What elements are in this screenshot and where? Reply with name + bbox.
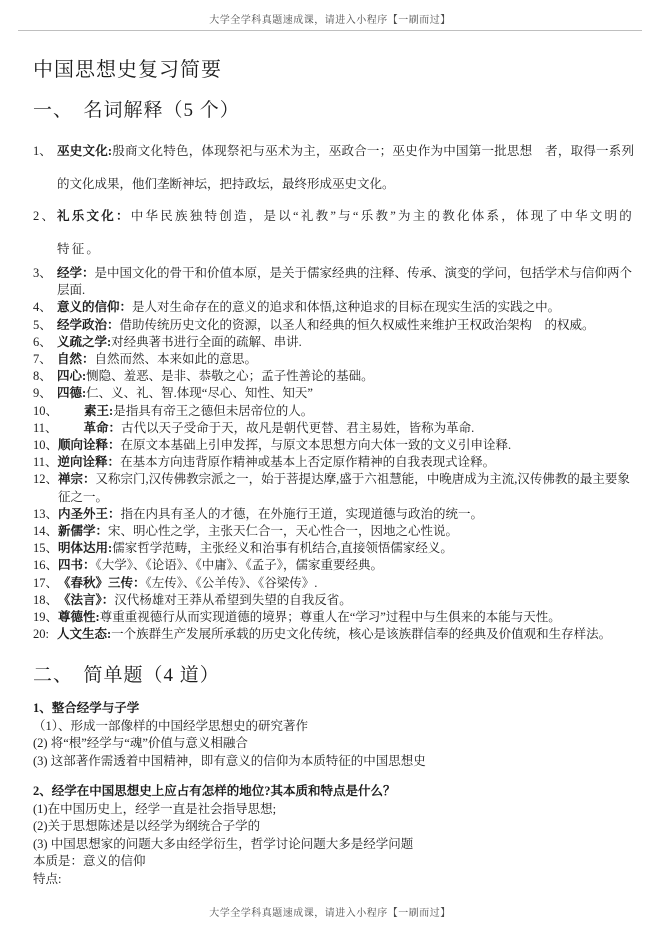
question-line: 本质是：意义的信仰 (33, 853, 634, 871)
definition-item: 16、 四书：《大学》、《论语》、《中庸》、《孟子》，儒家重要经典。 (33, 557, 634, 574)
question-line: （1）、形成一部像样的中国经学思想史的研究著作 (33, 718, 634, 736)
definition-item: 6、 义疏之学:对经典著书进行全面的疏解、串讲. (33, 334, 634, 351)
question-title: 1、整合经学与子学 (33, 700, 634, 718)
item-text: 恻隐、羞恶、是非、恭敬之心；孟子性善论的基础。 (86, 369, 374, 383)
section2: 二、 简单题（4 道） 1、整合经学与子学 （1）、形成一部像样的中国经学思想史… (33, 660, 634, 888)
item-term: 新儒学： (58, 524, 108, 538)
item-text: 指在内具有圣人的才德，在外施行王道，实现道德与政治的统一。 (121, 507, 484, 521)
item-text: 殷商文化特色，体现祭祀与巫术为主，巫政合一；巫史作为中国第一批思想 者，取得一系… (57, 144, 634, 191)
item-term: 逆向诠释： (58, 455, 121, 469)
definition-item: 4、 意义的信仰：是人对生命存在的意义的追求和体悟,这种追求的目标在现实生活的实… (33, 299, 634, 316)
item-number: 20: (33, 626, 57, 643)
item-term: 素王: (84, 404, 113, 418)
question-block: 2、经学在中国思想史上应占有怎样的地位?其本质和特点是什么？ (1)在中国历史上… (33, 783, 634, 888)
definition-item: 11、 逆向诠释：在基本方向违背原作精神或基本上否定原作精神的自我表现式诠释。 (33, 454, 634, 471)
question-block: 1、整合经学与子学 （1）、形成一部像样的中国经学思想史的研究著作 (2) 将“… (33, 700, 634, 770)
item-number: 7、 (33, 351, 57, 368)
item-number: 10、 (33, 403, 58, 420)
item-text: 一个族群生产发展所承载的历史文化传统，核心是该族群信奉的经典及价值观和生存样法。 (111, 627, 611, 641)
item-term: 礼乐文化： (57, 209, 131, 223)
definition-item: 11、 革命：古代以天子受命于天，故凡是朝代更替、君主易姓，皆称为革命. (33, 420, 634, 437)
definition-item: 12、 禅宗：又称宗门,汉传佛教宗派之一，始于菩提达摩,盛于六祖慧能，中晚唐成为… (33, 471, 634, 505)
item-number: 16、 (33, 557, 58, 574)
definition-item: 14、 新儒学：宋、明心性之学，主张天仁合一，天心性合一，因地之心性说。 (33, 523, 634, 540)
question-line: (3) 中国思想家的问题大多由经学衍生，哲学讨论问题大多是经学问题 (33, 836, 634, 854)
item-text: 是人对生命存在的意义的追求和体悟,这种追求的目标在现实生活的实践之中。 (132, 300, 560, 314)
item-text: 是指具有帝王之德但未居帝位的人。 (113, 404, 313, 418)
item-term: 尊德性: (58, 610, 100, 624)
item-number: 15、 (33, 540, 58, 557)
definition-item: 19、 尊德性:尊重重视德行从而实现道德的境界；尊重人在“学习”过程中与生俱来的… (33, 609, 634, 626)
definition-item: 17、 《春秋》三传：《左传》、《公羊传》、《谷梁传》. (33, 575, 634, 592)
definition-item: 13、 内圣外王：指在内具有圣人的才德，在外施行王道，实现道德与政治的统一。 (33, 506, 634, 523)
item-term: 明体达用: (58, 541, 112, 555)
item-number: 1、 (33, 135, 57, 200)
definition-item: 10、 顺向诠释：在原文本基础上引申发挥，与原文本思想方向大体一致的文义引申诠释… (33, 437, 634, 454)
definition-list: 1、 巫史文化:殷商文化特色，体现祭祀与巫术为主，巫政合一；巫史作为中国第一批思… (33, 135, 634, 643)
item-number: 14、 (33, 523, 58, 540)
item-number: 13、 (33, 506, 58, 523)
item-text: 在基本方向违背原作精神或基本上否定原作精神的自我表现式诠释。 (120, 455, 495, 469)
item-text: 中华民族独特创造，是以“礼教”与“乐教”为主的教化体系，体现了中华文明的特征。 (57, 209, 634, 256)
document-page: 大学全学科真题速成课，请进入小程序【一刷而过】 中国思想史复习简要 一、 名词解… (0, 0, 660, 934)
item-text: 《大学》、《论语》、《中庸》、《孟子》，儒家重要经典。 (96, 558, 384, 572)
item-number: 3、 (33, 265, 57, 299)
item-number: 4、 (33, 299, 57, 316)
item-term: 四书： (58, 558, 96, 572)
item-term: 《法言》： (58, 593, 114, 607)
item-number: 11、 (33, 420, 58, 437)
item-text: 对经典著书进行全面的疏解、串讲. (111, 335, 302, 349)
item-number: 19、 (33, 609, 58, 626)
item-term: 禅宗： (58, 472, 96, 486)
item-number: 9、 (33, 385, 57, 402)
definition-item: 15、 明体达用:儒家哲学范畴，主张经义和治事有机结合,直接领悟儒家经义。 (33, 540, 634, 557)
question-line: 特点: (33, 871, 634, 889)
definition-item: 2、 礼乐文化：中华民族独特创造，是以“礼教”与“乐教”为主的教化体系，体现了中… (33, 200, 634, 265)
item-term: 经学： (57, 266, 95, 280)
question-line: (2) 将“根”经学与“魂”价值与意义相融合 (33, 735, 634, 753)
header-note: 大学全学科真题速成课，请进入小程序【一刷而过】 (0, 0, 660, 26)
item-number: 18、 (33, 592, 58, 609)
item-text: 自然而然、本来如此的意思。 (95, 352, 258, 366)
item-text: 仁、义、礼、智.体现“尽心、知性、知天” (86, 386, 313, 400)
item-text: 又称宗门,汉传佛教宗派之一，始于菩提达摩,盛于六祖慧能，中晚唐成为主流,汉传佛教… (58, 472, 630, 503)
item-term: 顺向诠释： (58, 438, 121, 452)
item-term: 《春秋》三传： (58, 576, 146, 590)
item-text: 是中国文化的骨干和价值本原，是关于儒家经典的注释、传承、演变的学问，包括学术与信… (57, 266, 632, 297)
item-text: 借助传统历史文化的资源，以圣人和经典的恒久权威性来维护王权政治架构 的权威。 (120, 318, 595, 332)
item-number: 17、 (33, 575, 58, 592)
item-term: 人文生态: (57, 627, 111, 641)
definition-item: 1、 巫史文化:殷商文化特色，体现祭祀与巫术为主，巫政合一；巫史作为中国第一批思… (33, 135, 634, 200)
item-number: 11、 (33, 454, 58, 471)
item-term: 自然： (57, 352, 95, 366)
item-term: 四德: (57, 386, 86, 400)
item-term: 经学政治： (57, 318, 120, 332)
question-title: 2、经学在中国思想史上应占有怎样的地位?其本质和特点是什么？ (33, 783, 634, 801)
item-text: 在原文本基础上引申发挥，与原文本思想方向大体一致的文义引申诠释. (121, 438, 512, 452)
item-term: 四心: (57, 369, 86, 383)
question-line: (1)在中国历史上，经学一直是社会指导思想; (33, 801, 634, 819)
definition-item: 3、 经学：是中国文化的骨干和价值本原，是关于儒家经典的注释、传承、演变的学问，… (33, 265, 634, 299)
item-text: 古代以天子受命于天，故凡是朝代更替、君主易姓，皆称为革命. (121, 421, 474, 435)
item-number: 6、 (33, 334, 57, 351)
question-line: (2)关于思想陈述是以经学为纲统合子学的 (33, 818, 634, 836)
section2-heading: 二、 简单题（4 道） (33, 660, 634, 687)
item-text: 汉代杨雄对王莽从希望到失望的自我反省。 (114, 593, 352, 607)
definition-item: 8、 四心:恻隐、羞恶、是非、恭敬之心；孟子性善论的基础。 (33, 368, 634, 385)
item-number: 10、 (33, 437, 58, 454)
item-number: 8、 (33, 368, 57, 385)
item-text: 宋、明心性之学，主张天仁合一，天心性合一，因地之心性说。 (108, 524, 458, 538)
item-number: 5、 (33, 317, 57, 334)
item-term: 义疏之学: (57, 335, 111, 349)
item-term: 巫史文化: (57, 144, 112, 158)
page-title: 中国思想史复习简要 (33, 53, 634, 82)
definition-item: 10、 素王:是指具有帝王之德但未居帝位的人。 (33, 403, 634, 420)
header-divider (18, 30, 642, 31)
item-number: 2、 (33, 200, 57, 265)
definition-item: 5、 经学政治：借助传统历史文化的资源，以圣人和经典的恒久权威性来维护王权政治架… (33, 317, 634, 334)
question-line: (3) 这部著作需透着中国精神，即有意义的信仰为本质特征的中国思想史 (33, 753, 634, 771)
section1-heading: 一、 名词解释（5 个） (33, 95, 634, 122)
footer-note: 大学全学科真题速成课，请进入小程序【一刷而过】 (0, 904, 660, 919)
item-text: 儒家哲学范畴，主张经义和治事有机结合,直接领悟儒家经义。 (112, 541, 453, 555)
item-text: 《左传》、《公羊传》、《谷梁传》. (146, 576, 318, 590)
item-number: 12、 (33, 471, 58, 505)
definition-item: 20: 人文生态:一个族群生产发展所承载的历史文化传统，核心是该族群信奉的经典及… (33, 626, 634, 643)
item-term: 内圣外王： (58, 507, 121, 521)
item-text: 尊重重视德行从而实现道德的境界；尊重人在“学习”过程中与生俱来的本能与天性。 (100, 610, 561, 624)
document-content: 中国思想史复习简要 一、 名词解释（5 个） 1、 巫史文化:殷商文化特色，体现… (0, 53, 660, 888)
item-term: 意义的信仰： (57, 300, 132, 314)
definition-item: 18、 《法言》：汉代杨雄对王莽从希望到失望的自我反省。 (33, 592, 634, 609)
definition-item: 9、 四德:仁、义、礼、智.体现“尽心、知性、知天” (33, 385, 634, 402)
definition-item: 7、 自然：自然而然、本来如此的意思。 (33, 351, 634, 368)
item-term: 革命： (84, 421, 122, 435)
